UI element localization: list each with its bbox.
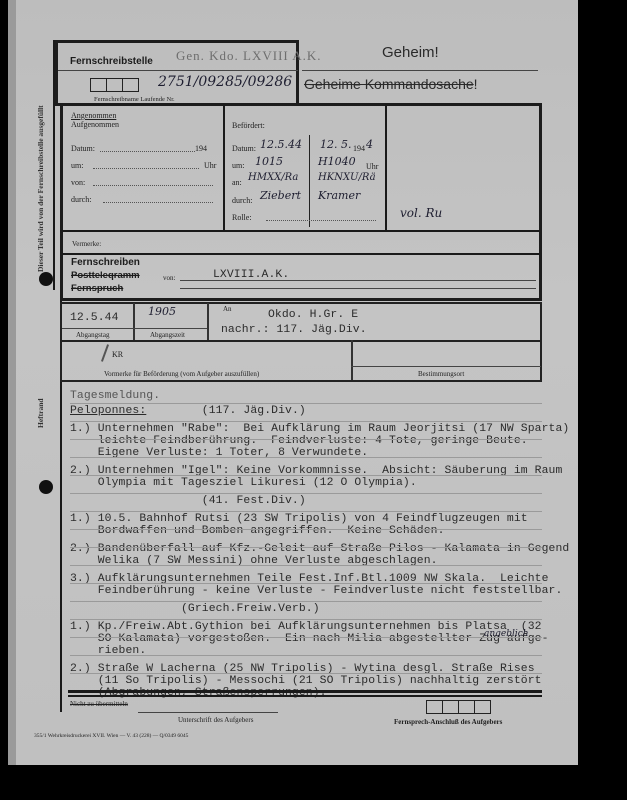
routing-mark: KR xyxy=(112,350,123,359)
ruled-line xyxy=(70,457,542,458)
body-line: (41. Fest.Div.) xyxy=(70,495,306,507)
ruled-line xyxy=(70,547,542,548)
dispatch-label-rule xyxy=(62,328,207,329)
transmission-divider-2 xyxy=(385,104,387,231)
body-line: (Abgrabungen, Straßensperrungen). xyxy=(70,687,327,699)
ruled-line xyxy=(70,511,542,512)
received-date-suffix: 194 xyxy=(195,144,207,153)
forwarded-time-2: H1040 xyxy=(318,155,356,168)
phone-boxes xyxy=(426,700,490,719)
ruled-line xyxy=(70,403,542,404)
punch-hole-top xyxy=(39,272,53,286)
header-divider xyxy=(58,70,298,71)
forwarded-time-suffix: Uhr xyxy=(366,162,378,171)
punch-hole-bottom xyxy=(39,480,53,494)
transmission-bottom-rule xyxy=(62,230,540,232)
not-transmit-note: Nicht zu übermitteln xyxy=(70,700,128,708)
forwarded-time-1: 1015 xyxy=(255,155,283,168)
from-rule-2 xyxy=(180,288,536,289)
paper-edge xyxy=(8,0,16,765)
dispatch-day-label: Abgangstag xyxy=(76,331,109,339)
body-line: Olympia mit Tagesziel Likuresi (12 O Oly… xyxy=(70,477,417,489)
forwarded-by-2: Kramer xyxy=(318,189,360,202)
print-info: 355/1 Wehrkreisdruckerei XVII. Wien — V.… xyxy=(34,733,188,739)
struck-text: Geheime Kommandosache xyxy=(304,76,474,92)
dispatch-mid-rule xyxy=(62,340,540,342)
struck-suffix: ! xyxy=(474,76,478,92)
ruled-line xyxy=(70,529,542,530)
body-line: 2.) Bandenüberfall auf Kfz.-Geleit auf S… xyxy=(70,543,569,555)
from-rule-1 xyxy=(180,280,536,281)
forwarded-to-label: an: xyxy=(232,178,242,187)
dispatch-to-label: An xyxy=(223,305,232,313)
ruled-line xyxy=(70,601,542,602)
received-time-suffix: Uhr xyxy=(204,161,216,170)
signature-label: Unterschrift des Aufgebers xyxy=(178,716,253,724)
ruled-line xyxy=(70,565,542,566)
ruled-line xyxy=(70,637,542,638)
body-line: SO Kalamata) vorgestoßen. Ein nach Milia… xyxy=(70,633,549,645)
routing-label: Vormerke für Beförderung (vom Aufgeber a… xyxy=(104,370,259,378)
body-line: (Griech.Freiw.Verb.) xyxy=(70,603,320,615)
ruled-line xyxy=(70,439,542,440)
received-date-label: Datum: xyxy=(71,144,95,153)
body-line: 1.) Kp./Freiw.Abt.Gythion bei Aufklärung… xyxy=(70,621,542,633)
serial-label: Fernschreibname Laufende Nr. xyxy=(94,96,175,103)
dispatch-day-value: 12.5.44 xyxy=(70,312,119,324)
dispatch-cc-value: nachr.: 117. Jäg.Div. xyxy=(221,324,367,336)
body-line: Peloponnes: (117. Jäg.Div.) xyxy=(70,405,306,417)
body-line: 1.) Unternehmen "Rabe": Bei Aufklärung i… xyxy=(70,423,569,435)
ruled-line xyxy=(70,673,542,674)
dispatch-time-value: 1905 xyxy=(148,305,176,318)
forwarded-date-label: Datum: xyxy=(232,144,256,153)
forwarded-title: Befördert: xyxy=(232,121,265,130)
body-line: Feindberührung - keine Verluste - Feindv… xyxy=(70,585,562,597)
forwarded-to-1: HMXX/Ra xyxy=(248,172,298,183)
message-type-struck-1: Postteleqramm xyxy=(71,270,140,281)
forwarded-roll-label: Rolle: xyxy=(232,213,252,222)
routing-divider xyxy=(351,340,353,380)
forwarded-by-label: durch: xyxy=(232,196,252,205)
received-by-label: durch: xyxy=(71,195,91,204)
ruled-line xyxy=(70,655,542,656)
dispatch-to-value: Okdo. H.Gr. E xyxy=(268,309,358,321)
forwarded-date-1: 12.5.44 xyxy=(260,138,302,151)
transmission-divider-1 xyxy=(223,104,225,231)
received-time-label: um: xyxy=(71,161,83,170)
dispatch-divider-1 xyxy=(133,303,135,340)
message-from-label: von: xyxy=(163,274,175,282)
side-note: Dieser Teil wird von der Fernschreibstel… xyxy=(36,105,45,272)
forwarded-date-suffix: 194 xyxy=(353,144,365,153)
body-line: 1.) 10.5. Bahnhof Rutsi (23 SW Tripolis)… xyxy=(70,513,528,525)
ruled-line xyxy=(70,475,542,476)
serial-number: 2751/09285/09286 xyxy=(158,74,292,90)
received-title-1: Angenommen xyxy=(71,111,116,120)
ruled-line xyxy=(70,583,542,584)
footer-rule-1 xyxy=(68,690,542,693)
received-time-field[interactable] xyxy=(93,168,199,169)
destination-rule xyxy=(351,366,541,367)
classification-struck: Geheime Kommandosache! xyxy=(304,76,478,92)
message-type-selected: Fernschreiben xyxy=(71,257,140,268)
body-line: (11 So Tripolis) - Messochi (21 SO Tripo… xyxy=(70,675,542,687)
received-by-field[interactable] xyxy=(103,202,213,203)
remarks-label: Vermerke: xyxy=(72,240,101,248)
ruled-line xyxy=(70,493,542,494)
body-title: Tagesmeldung. xyxy=(70,390,160,402)
forwarded-roll-field[interactable] xyxy=(266,220,376,221)
classification-secret: Geheim! xyxy=(382,44,439,61)
received-from-label: von: xyxy=(71,178,85,187)
message-type-struck-2: Fernspruch xyxy=(71,283,123,294)
received-date-field[interactable] xyxy=(100,151,195,152)
forwarded-note: vol. Ru xyxy=(400,206,442,220)
remarks-rule xyxy=(62,253,540,255)
unit-stamp: Gen. Kdo. LXVIII A.K. xyxy=(176,48,322,64)
body-line: leichte Feindberührung. Feindverluste: 4… xyxy=(70,435,528,447)
serial-boxes xyxy=(90,78,138,97)
margin-label: Heftrand xyxy=(36,398,45,428)
header-label: Fernschreibstelle xyxy=(70,56,153,67)
classification-rule xyxy=(302,70,538,71)
body-line: Bordwaffen und Bomben angegriffen. Keine… xyxy=(70,525,445,537)
ruled-line xyxy=(70,421,542,422)
footer-rule-2 xyxy=(68,695,542,697)
ruled-line xyxy=(70,619,542,620)
forwarded-by-1: Ziebert xyxy=(260,189,301,202)
received-title-2: Aufgenommen xyxy=(71,120,119,129)
dispatch-time-label: Abgangszeit xyxy=(150,331,185,339)
teleprinter-form-sheet: Dieser Teil wird von der Fernschreibstel… xyxy=(8,0,578,765)
destination-label: Bestimmungsort xyxy=(418,370,464,378)
forwarded-to-2: HKNXU/Rä xyxy=(318,172,376,183)
forwarded-date-2: 12. 5. xyxy=(320,138,352,151)
dispatch-divider-2 xyxy=(207,303,209,340)
forwarded-time-label: um: xyxy=(232,161,244,170)
forwarded-split-line xyxy=(309,135,310,227)
forwarded-year-digit: 4 xyxy=(366,138,373,151)
phone-label: Fernsprech-Anschluß des Aufgebers xyxy=(394,718,502,726)
received-from-field[interactable] xyxy=(93,185,213,186)
signature-rule xyxy=(138,712,278,713)
